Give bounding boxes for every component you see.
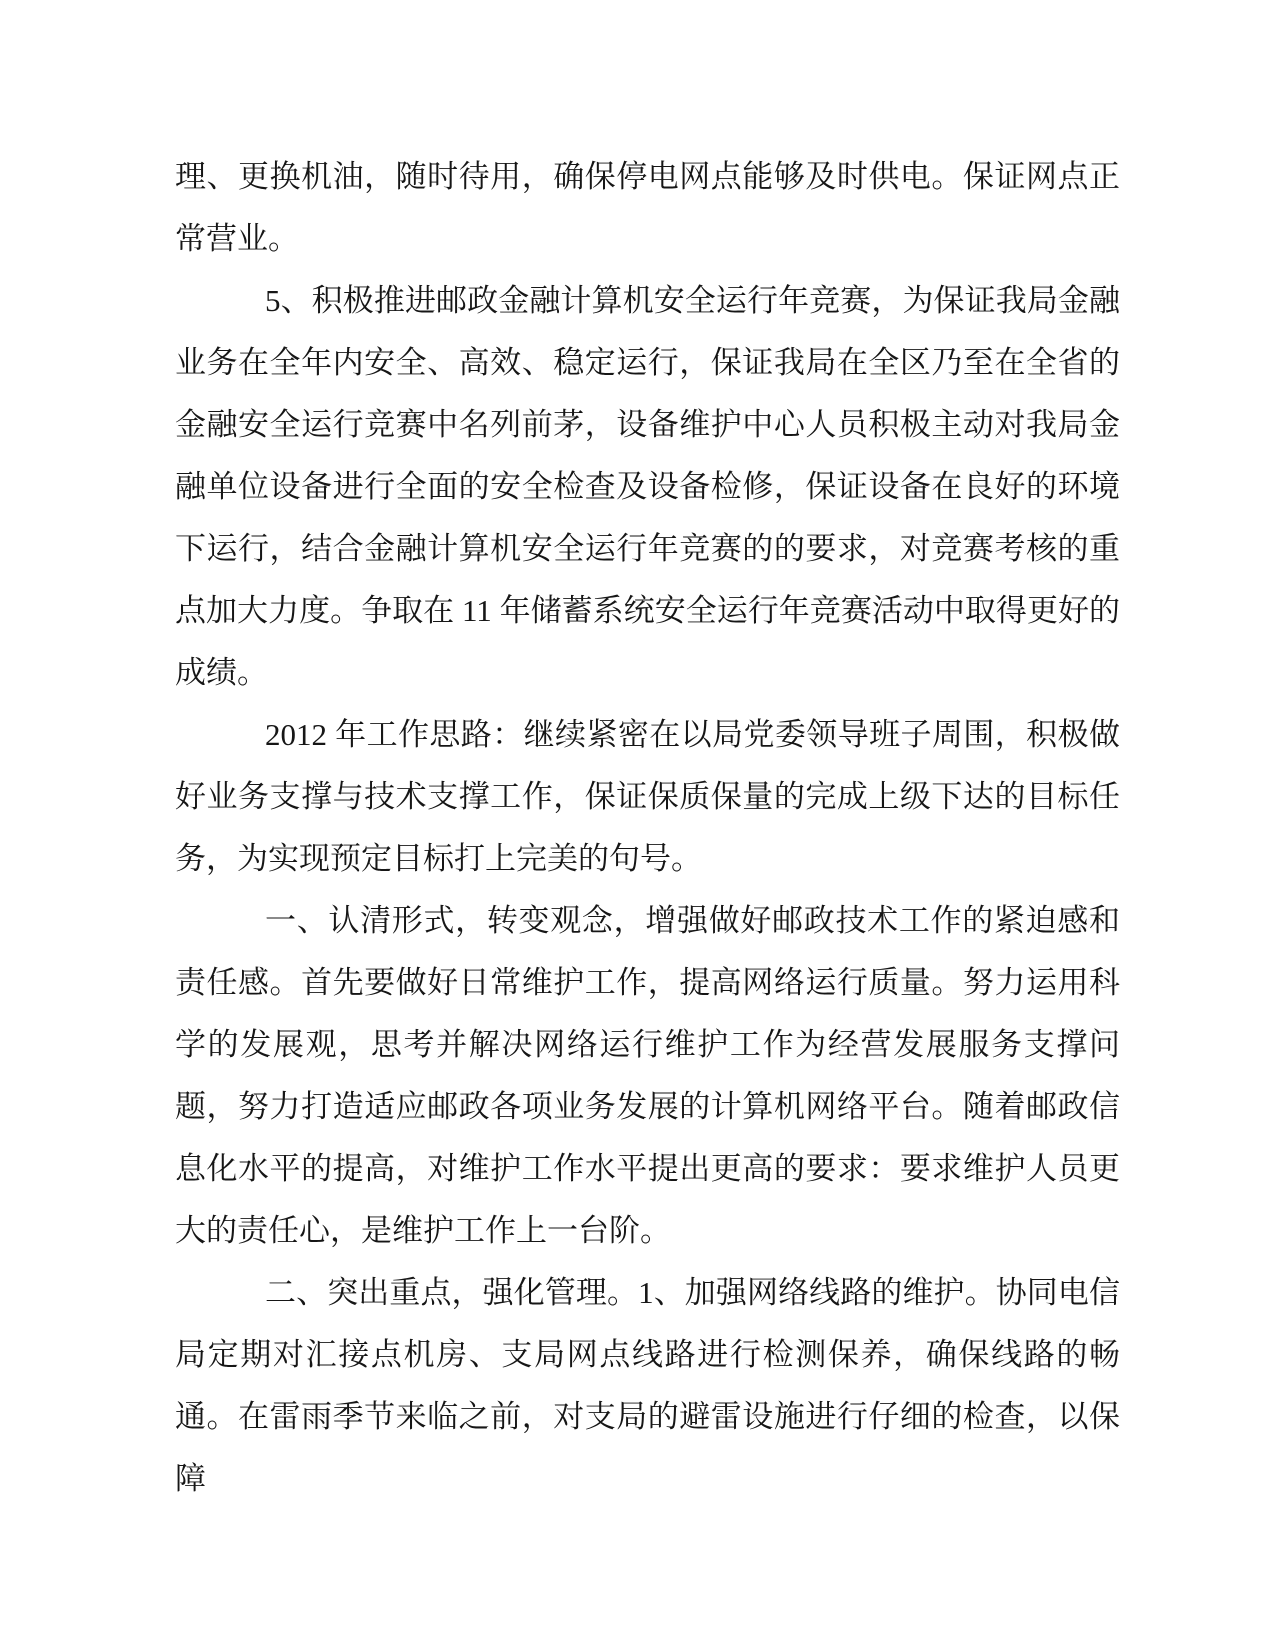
document-page: 理、更换机油，随时待用，确保停电网点能够及时供电。保证网点正常营业。 5、积极推…	[0, 0, 1275, 1650]
document-body: 理、更换机油，随时待用，确保停电网点能够及时供电。保证网点正常营业。 5、积极推…	[175, 146, 1120, 1510]
paragraph: 5、积极推进邮政金融计算机安全运行年竞赛，为保证我局金融业务在全年内安全、高效、…	[175, 270, 1120, 704]
paragraph: 理、更换机油，随时待用，确保停电网点能够及时供电。保证网点正常营业。	[175, 146, 1120, 270]
paragraph: 一、认清形式，转变观念，增强做好邮政技术工作的紧迫感和责任感。首先要做好日常维护…	[175, 890, 1120, 1262]
paragraph: 二、突出重点，强化管理。1、加强网络线路的维护。协同电信局定期对汇接点机房、支局…	[175, 1262, 1120, 1510]
paragraph: 2012 年工作思路：继续紧密在以局党委领导班子周围，积极做好业务支撑与技术支撑…	[175, 704, 1120, 890]
